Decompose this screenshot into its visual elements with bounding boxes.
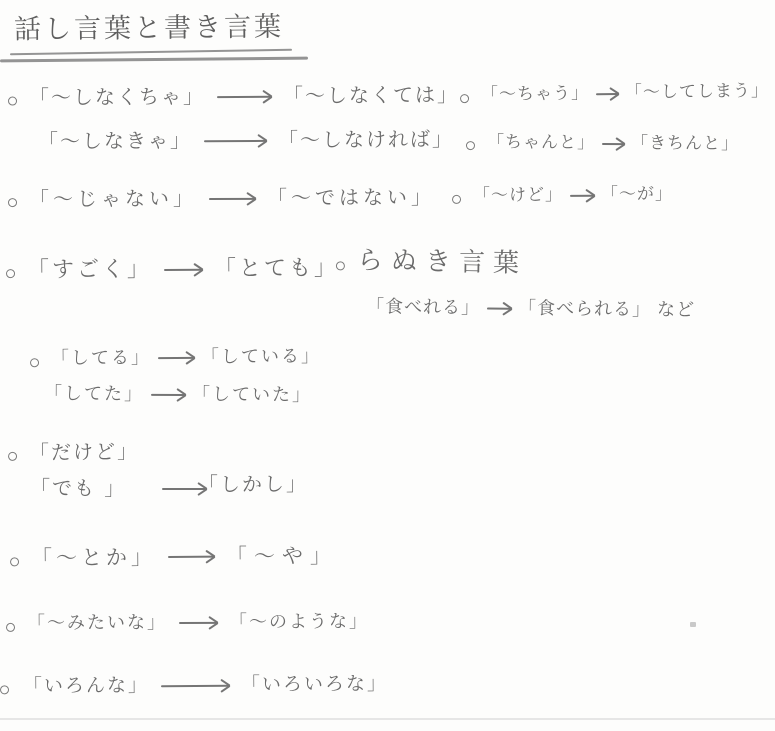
arrow-icon [217,95,271,97]
scan-speck [690,622,696,627]
spoken-form: 「～みたいな」 [27,612,167,635]
title-underline-top [10,49,292,55]
arrow-icon [179,622,217,624]
written-form: 「～しなくては」 [283,82,459,108]
spoken-form: 「すごく」 [27,256,152,284]
conversion-row-dakedo: 「だけど」 [8,439,139,466]
bullet-icon [466,141,475,150]
spoken-form: 「ちゃんと」 [487,132,595,154]
conversion-row-ironna: 「いろんな」 「いろいろな」 [0,673,388,699]
conversion-row-kedo: 「～けど」 「～が」 [452,184,673,207]
ranuki-section-heading: らぬき言葉 [336,244,528,280]
bullet-icon [10,557,19,566]
spoken-form: 「だけど」 [29,439,139,466]
bullet-icon [8,97,17,106]
bullet-icon [0,686,9,695]
written-form: 「～ではない」 [267,185,435,211]
written-form: 「～が」 [601,184,673,206]
bullet-icon [8,452,17,461]
spoken-form: 「してる」 [51,347,151,370]
spoken-form: 「食べれる」 [366,296,480,320]
arrow-icon [209,197,255,199]
bullet-icon [460,94,469,103]
section-title: らぬき言葉 [357,245,528,280]
example-suffix: など [657,299,695,322]
written-form: 「～や」 [226,543,338,570]
conversion-row-shiteta: 「してた」 「していた」 [44,383,312,407]
conversion-row-janai: 「～じゃない」 「～ではない」 [8,185,435,212]
written-form: 「きちんと」 [631,133,739,155]
conversion-row-toka: 「～とか」 「～や」 [10,543,338,572]
arrow-icon [151,394,185,396]
conversion-row-mitaina: 「～みたいな」 「～のような」 [6,611,369,635]
arrow-icon [570,194,594,196]
written-form: 「食べられる」 [518,298,651,322]
written-form: 「～のような」 [229,611,369,634]
arrow-icon [602,143,624,145]
spoken-form: 「～ちゃう」 [481,83,589,106]
arrow-icon [204,139,266,141]
spoken-form: 「～じゃない」 [29,186,197,212]
written-form: 「していた」 [192,384,312,407]
scan-line-artifact [0,718,775,720]
notebook-page: 話し言葉と書き言葉 「～しなくちゃ」 「～しなくては」 「～ちゃう」 「～してし… [0,0,775,731]
written-form: 「している」 [201,346,321,370]
arrow-icon [158,357,194,359]
written-form: 「しかし」 [198,472,308,498]
written-form: 「～してしまう」 [625,81,769,104]
page-title: 話し言葉と書き言葉 [14,5,284,47]
conversion-row-shiteru: 「してる」 「している」 [30,346,321,371]
spoken-form: 「～とか」 [31,544,156,571]
conversion-row-shinakya: 「～しなきゃ」 「～しなければ」 [38,127,454,154]
bullet-icon [6,623,15,632]
spoken-form: 「～しなきゃ」 [38,128,192,154]
arrow-icon [161,685,229,687]
written-form: 「いろいろな」 [241,673,388,698]
bullet-icon [8,198,17,207]
bullet-icon [336,261,345,270]
written-form-shikashi: 「しかし」 [198,472,308,498]
spoken-form: 「してた」 [44,383,144,406]
spoken-form: 「いろんな」 [23,674,149,699]
arrow-icon [168,556,214,558]
written-form: 「とても」 [214,255,339,283]
arrow-icon [164,269,202,271]
bullet-icon [30,358,39,367]
written-form: 「～しなければ」 [278,127,454,153]
conversion-row-chau: 「～ちゃう」 「～してしまう」 [460,81,769,107]
bullet-icon [452,195,461,204]
spoken-form: 「でも 」 [30,476,127,502]
spoken-form: 「～しなくちゃ」 [29,84,205,110]
arrow-icon [487,308,511,310]
conversion-row-sugoku: 「すごく」 「とても」 [6,255,339,285]
bullet-icon [6,269,15,278]
arrow-icon [596,93,618,95]
spoken-form: 「～けど」 [473,185,563,207]
title-underline-bottom [0,57,308,63]
conversion-row-tabereru: 「食べれる」 「食べられる」 など [366,296,695,322]
conversion-row-shinakucha: 「～しなくちゃ」 「～しなくては」 [8,82,459,110]
conversion-row-chanto: 「ちゃんと」 「きちんと」 [466,132,739,155]
conversion-row-demo: 「でも 」 [30,476,127,502]
